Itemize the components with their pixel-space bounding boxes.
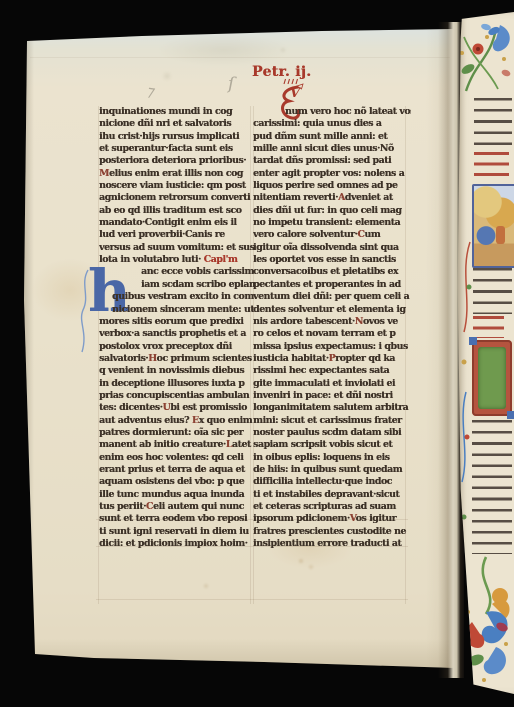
text-line: mille anni sicut dies unus·Nõ [253,143,411,155]
text-line: tus periit·Celi autem qui nunc [99,501,254,513]
text-line: nicionem sinceram mente: ut me [99,304,254,316]
text-line: prias concupiscentias ambulan [99,390,254,402]
initial-pen-flourish-icon [78,268,92,354]
text-line: versus ad suum vomitum: et sus [99,242,254,254]
text-line: enter agit propter vos: nolens a [253,168,411,180]
text-line: manent ab initio creature·Latet [99,439,254,451]
text-line: carissimi: quia unus dies a [253,118,411,130]
text-line: aquam osistens dei vbo: p que [99,476,254,488]
text-line: agnicionem retrorsum converti [99,192,254,204]
text-line: q venient in novissimis diebus [99,365,254,377]
text-line: nitentiam reverti·Adveniet at [253,192,411,204]
text-line: sunt et terra eodem vbo reposi [99,513,254,525]
text-line: anc ecce vobis carissimi iij [99,266,254,278]
text-line: in oibus eplis: loquens in eis [253,452,411,464]
text-line: nicione dñi nri et salvatoris [99,118,254,130]
text-line: vero calore solventur·Cum [253,229,411,241]
verse-initial-letter: V [290,86,300,101]
text-line: conversacoibus et pietatibs ex [253,266,411,278]
text-line: enim eos hoc volentes: qd celi [99,452,254,464]
text-line: tardat dñs promissi: sed pati [253,155,411,167]
text-line: ti et instabiles depravant·sicut [253,489,411,501]
text-line: ti sunt igni reservati in diem iu [99,526,254,538]
text-line: de hiis: in quibus sunt quedam [253,464,411,476]
text-line: ab eo qd illis traditum est sco [99,205,254,217]
text-line: aut adventus eius? Ex quo enim [99,415,254,427]
illuminated-initial-block [472,340,512,416]
text-line: sapiam scripsit vobis sicut et [253,439,411,451]
text-line: posteriora deteriora prioribus· [99,155,254,167]
text-line: ventum diei dñi: per quem celi a [253,291,411,303]
ruling-line [96,599,408,600]
text-line: gite immaculati et inviolati ei [253,378,411,390]
text-line: no impetu transient: elementa [253,217,411,229]
text-line: inveniri in pace: et dñi nostri [253,390,411,402]
text-line: iam scdam scribo eplam in [99,279,254,291]
margin-pen-mark: ⁊ [145,82,155,101]
miniature-figure [496,226,505,244]
text-line: lota in volutabro luti· Capl'm [99,254,254,266]
text-column-right: num vero hoc nõ lateat voscarissimi: qui… [253,106,411,555]
text-line: pud dñm sunt mille anni: et [253,131,411,143]
text-line: in deceptione illusores iuxta p [99,378,254,390]
facing-text-block [472,420,512,554]
text-line: quibus vestram excito in como [99,291,254,303]
initial-corner-ornament [507,411,514,419]
text-line: ro celos et novam terram et p [253,328,411,340]
foliage-border-bottom-icon [456,552,514,687]
text-line: salvatoris·Hoc primum scientes [99,353,254,365]
text-line: et superantur·facta sunt eis [99,143,254,155]
text-line: longanimitatem salutem arbitra [253,402,411,414]
manuscript-page: Petr. ij. ⁊ ſ V h inquinationes mundi in… [24,28,458,669]
facing-page-sliver [456,12,514,694]
facing-text-block [474,98,512,150]
initial-green-panel [478,347,506,409]
text-line: postolox vrox preceptox dñi [99,341,254,353]
text-line: les oportet vos esse in sanctis [253,254,411,266]
miniature-illumination [472,184,514,268]
foliage-border-top-icon [456,17,514,95]
text-line: mandato·Contigit enim eis il [99,217,254,229]
text-line: num vero hoc nõ lateat vos [253,106,411,118]
text-column-left: inquinationes mundi in cognicione dñi nr… [99,106,254,555]
text-line: liquos perire sed omnes ad pe [253,180,411,192]
text-line: dies dñi ut fur: in quo celi mag [253,205,411,217]
text-line: mores sitis eorum que predixi [99,316,254,328]
text-line: missa ipsius expectamus: i qbus [253,341,411,353]
text-line: nis ardore tabescent·Novos ve [253,316,411,328]
manuscript-photo: Petr. ij. ⁊ ſ V h inquinationes mundi in… [0,0,514,707]
text-line: dentes solventur et elementa ig [253,304,411,316]
facing-rubric-lines [473,316,504,338]
text-line: noster paulus scdm datam sibi [253,427,411,439]
text-line: et ceteras scripturas ad suam [253,501,411,513]
text-line: fratres prescientes custodite ne [253,526,411,538]
text-line: tes: dicentes·Ubi est promissio [99,402,254,414]
text-line: difficilia intellectu·que indoc [253,476,411,488]
facing-rubric-lines [474,152,509,182]
text-line: noscere viam iusticie: qm post [99,180,254,192]
facing-text-block [473,268,512,314]
text-line: verbox·a sanctis prophetis et a [99,328,254,340]
text-line: igitur oĩa dissolvenda sint qua [253,242,411,254]
text-line: pectantes et properantes in ad [253,279,411,291]
text-line: insipientium errore traducti at [253,538,411,550]
text-line: dicii: et pdicionis impiox hoim· [99,538,254,550]
text-line: lud veri proverbii·Canis re [99,229,254,241]
text-line: ille tunc mundus aqua inunda [99,489,254,501]
text-line: erant prius et terra de aqua et [99,464,254,476]
text-line: mini: sicut et carissimus frater [253,415,411,427]
margin-pen-mark: ſ [228,74,234,94]
text-line: iusticia habitat·Propter qd ka [253,353,411,365]
text-line: ihu crist·hijs rursus implicati [99,131,254,143]
parchment-stains [24,28,26,30]
ruling-line [30,57,450,58]
text-line: inquinationes mundi in cog [99,106,254,118]
text-line: ipsorum pdicionem·Vos igitur [253,513,411,525]
text-line: rissimi hec expectantes sata [253,365,411,377]
text-line: patres dormierunt: oĩa sic per [99,427,254,439]
text-line: Melius enim erat illis non cog [99,168,254,180]
